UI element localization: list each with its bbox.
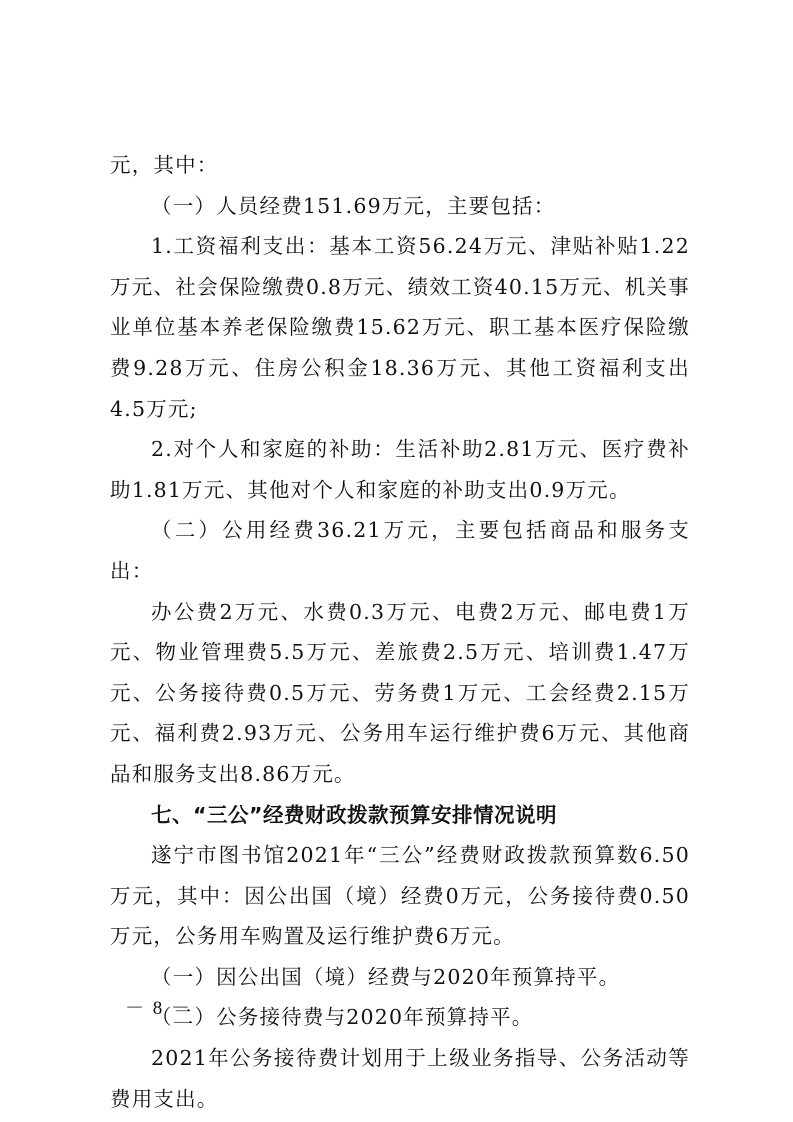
page-number: － 8 － [125, 993, 192, 1020]
paragraph-intro: 元，其中： [110, 145, 690, 186]
document-body: 元，其中： （一）人员经费151.69万元，主要包括： 1.工资福利支出：基本工… [110, 145, 690, 1119]
paragraph-salary-welfare: 1.工资福利支出：基本工资56.24万元、津贴补贴1.22万元、社会保险缴费0.… [110, 226, 690, 429]
paragraph-individual-subsidy: 2.对个人和家庭的补助：生活补助2.81万元、医疗费补助1.81万元、其他对个人… [110, 429, 690, 510]
paragraph-goods-services: 办公费2万元、水费0.3万元、电费2万元、邮电费1万元、物业管理费5.5万元、差… [110, 592, 690, 795]
section-heading-three-public: 七、“三公”经费财政拨款预算安排情况说明 [110, 795, 690, 836]
paragraph-personnel-expenses: （一）人员经费151.69万元，主要包括： [110, 186, 690, 227]
document-page: 元，其中： （一）人员经费151.69万元，主要包括： 1.工资福利支出：基本工… [0, 0, 793, 1122]
paragraph-public-expenses: （二）公用经费36.21万元，主要包括商品和服务支出： [110, 510, 690, 591]
paragraph-reception-fee: （二）公务接待费与2020年预算持平。 [110, 997, 690, 1038]
paragraph-reception-plan: 2021年公务接待费计划用于上级业务指导、公务活动等费用支出。 [110, 1038, 690, 1119]
paragraph-three-public-budget: 遂宁市图书馆2021年“三公”经费财政拨款预算数6.50万元，其中：因公出国（境… [110, 835, 690, 957]
paragraph-overseas-travel: （一）因公出国（境）经费与2020年预算持平。 [110, 957, 690, 998]
